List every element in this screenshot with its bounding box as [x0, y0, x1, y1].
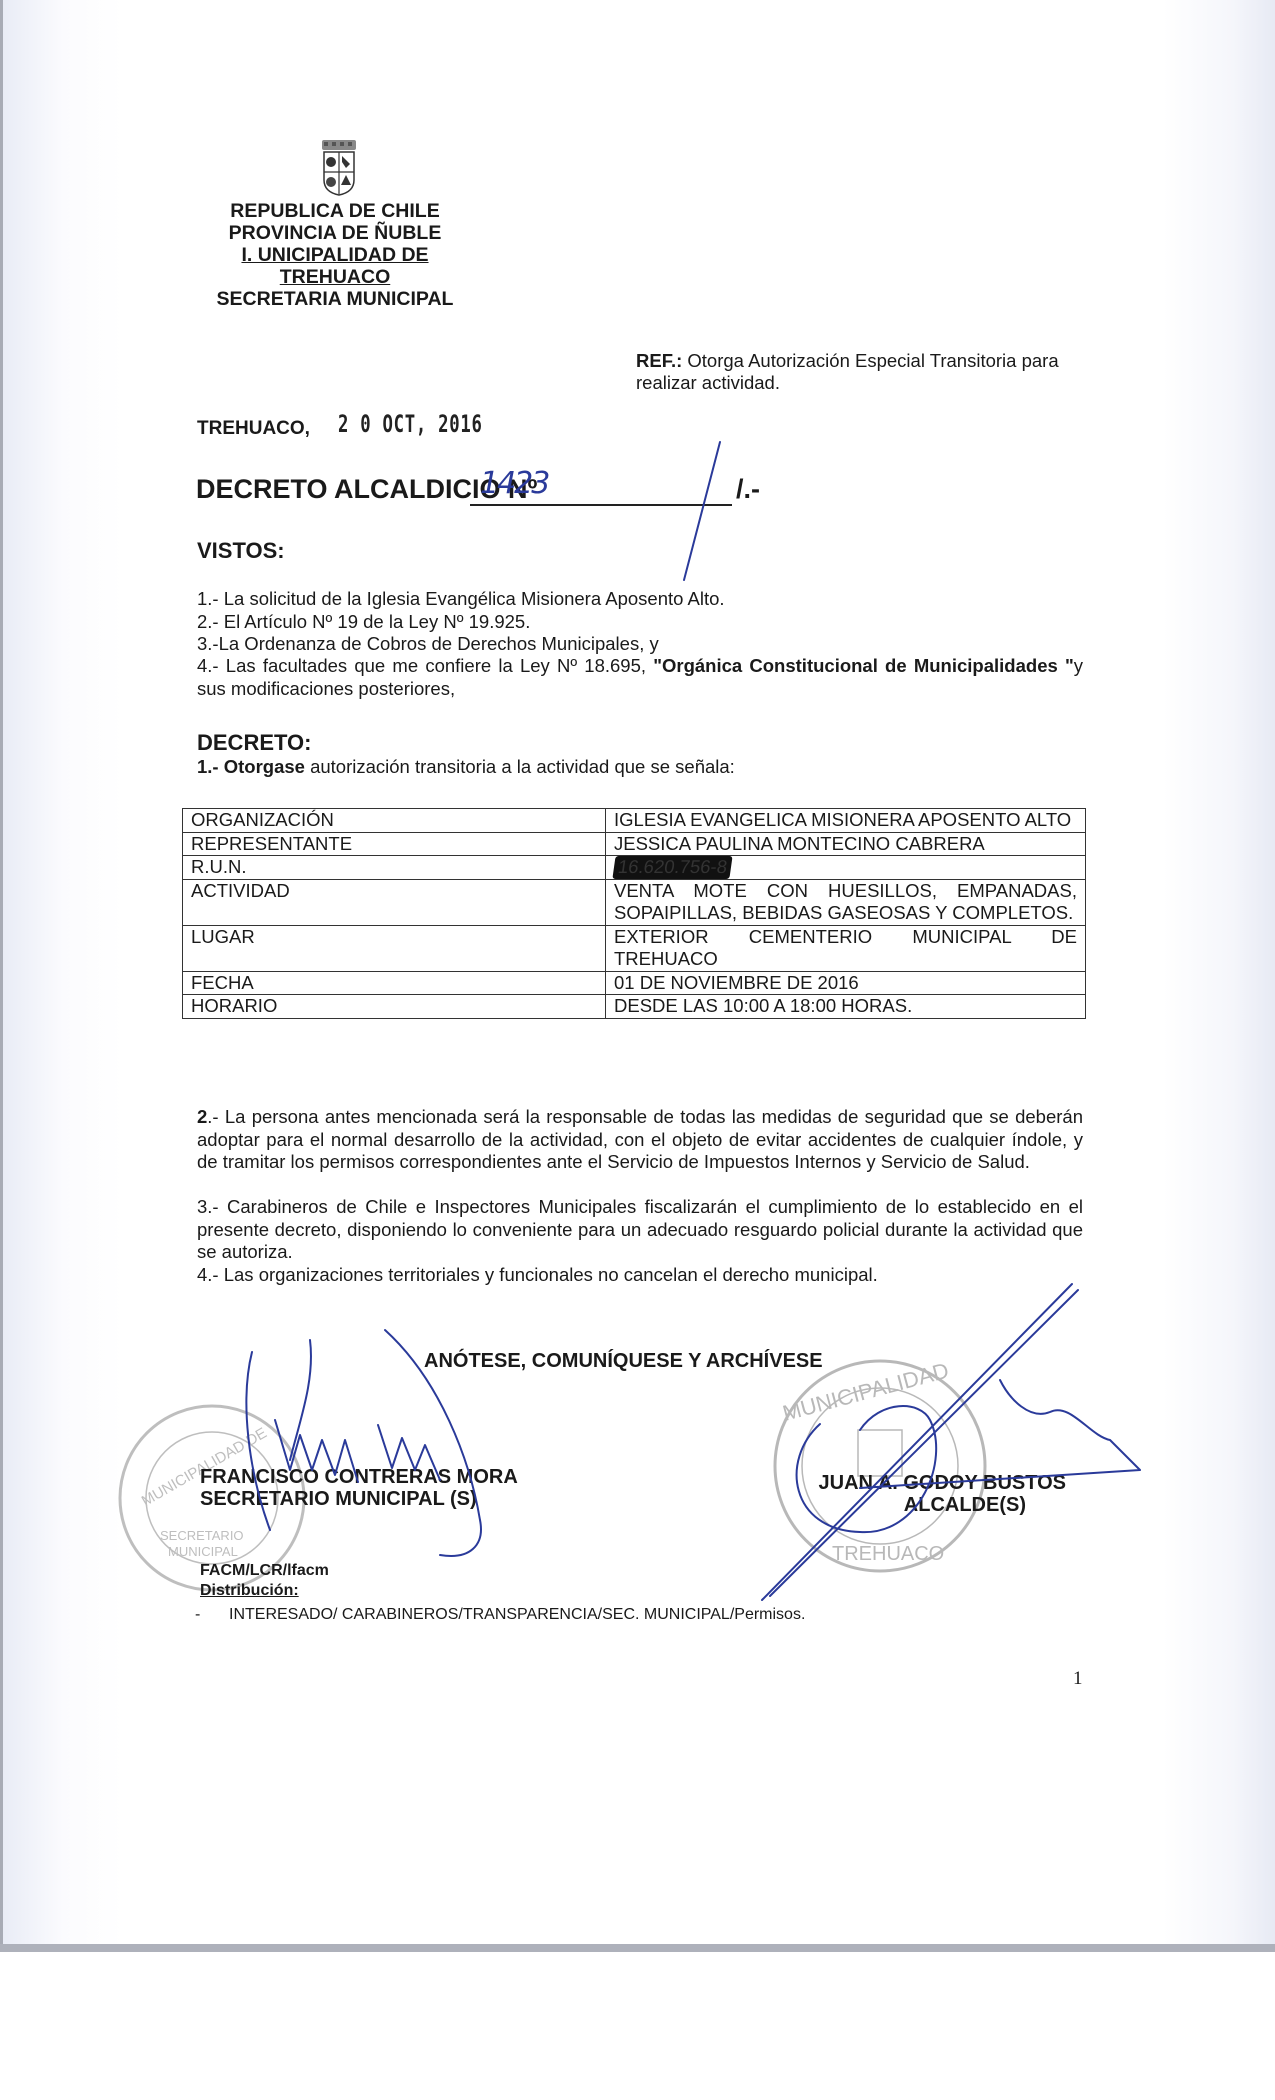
secretary-signature-block: FRANCISCO CONTRERAS MORA SECRETARIO MUNI…	[200, 1466, 518, 1510]
decreto-point-3: 3.- Carabineros de Chile e Inspectores M…	[197, 1196, 1083, 1264]
date-stamp: 2 0 OCT, 2016	[338, 410, 483, 438]
decreto-point-1: 1.- Otorgase autorización transitoria a …	[197, 756, 735, 779]
table-value: JESSICA PAULINA MONTECINO CABRERA	[606, 832, 1086, 856]
table-key: HORARIO	[183, 995, 606, 1019]
decreto-point-4: 4.- Las organizaciones territoriales y f…	[197, 1264, 1083, 1287]
table-value: IGLESIA EVANGELICA MISIONERA APOSENTO AL…	[606, 809, 1086, 833]
reference-block: REF.: Otorga Autorización Especial Trans…	[636, 350, 1086, 394]
mayor-signature-block: JUAN A. GODOY BUSTOS ALCALDE(S)	[800, 1472, 1066, 1516]
table-key: REPRESENTANTE	[183, 832, 606, 856]
table-value: EXTERIOR CEMENTERIO MUNICIPAL DE TREHUAC…	[606, 925, 1086, 971]
table-key: ACTIVIDAD	[183, 879, 606, 925]
letterhead: REPUBLICA DE CHILE PROVINCIA DE ÑUBLE I.…	[190, 200, 480, 310]
decree-number-underline	[470, 504, 732, 506]
redacted-run: 16.620.756-8	[612, 856, 732, 879]
distribution-item: -INTERESADO/ CARABINEROS/TRANSPARENCIA/S…	[195, 1606, 805, 1624]
table-key: ORGANIZACIÓN	[183, 809, 606, 833]
reference-label: REF.:	[636, 350, 682, 371]
decree-handwritten-number: 1423	[480, 466, 548, 501]
table-value: 16.620.756-8	[606, 856, 1086, 880]
secretary-name: FRANCISCO CONTRERAS MORA	[200, 1466, 518, 1488]
vistos-item-2: 2.- El Artículo Nº 19 de la Ley Nº 19.92…	[197, 611, 530, 634]
table-row: ACTIVIDAD VENTA MOTE CON HUESILLOS, EMPA…	[183, 879, 1086, 925]
letterhead-line-1: REPUBLICA DE CHILE	[190, 200, 480, 222]
mayor-name: JUAN A. GODOY BUSTOS	[800, 1472, 1066, 1494]
table-key: R.U.N.	[183, 856, 606, 880]
city-label: TREHUACO,	[197, 418, 310, 440]
page-bottom-edge	[0, 1944, 1275, 1952]
table-key: LUGAR	[183, 925, 606, 971]
table-value: DESDE LAS 10:00 A 18:00 HORAS.	[606, 995, 1086, 1019]
table-value: VENTA MOTE CON HUESILLOS, EMPANADAS, SOP…	[606, 879, 1086, 925]
decree-suffix: /.-	[736, 474, 760, 505]
letterhead-line-3: I. UNICIPALIDAD DE TREHUACO	[190, 244, 480, 288]
vistos-heading: VISTOS:	[197, 538, 285, 564]
letterhead-line-4: SECRETARIA MUNICIPAL	[190, 288, 480, 310]
table-row: REPRESENTANTE JESSICA PAULINA MONTECINO …	[183, 832, 1086, 856]
page-number: 1	[1073, 1668, 1083, 1690]
table-value: 01 DE NOVIEMBRE DE 2016	[606, 971, 1086, 995]
reference-code: FACM/LCR/lfacm	[200, 1562, 329, 1580]
table-row: LUGAR EXTERIOR CEMENTERIO MUNICIPAL DE T…	[183, 925, 1086, 971]
table-row: ORGANIZACIÓN IGLESIA EVANGELICA MISIONER…	[183, 809, 1086, 833]
vistos-item-1: 1.- La solicitud de la Iglesia Evangélic…	[197, 588, 725, 611]
mayor-title: ALCALDE(S)	[800, 1494, 1066, 1516]
letterhead-line-2: PROVINCIA DE ÑUBLE	[190, 222, 480, 244]
municipal-coat-of-arms-icon	[314, 140, 364, 196]
closing-formula: ANÓTESE, COMUNÍQUESE Y ARCHÍVESE	[424, 1350, 823, 1373]
decreto-point-2: 2.- La persona antes mencionada será la …	[197, 1106, 1083, 1174]
distribution-label: Distribución:	[200, 1582, 299, 1600]
table-row: HORARIO DESDE LAS 10:00 A 18:00 HORAS.	[183, 995, 1086, 1019]
activity-table: ORGANIZACIÓN IGLESIA EVANGELICA MISIONER…	[182, 808, 1086, 1019]
table-row: R.U.N. 16.620.756-8	[183, 856, 1086, 880]
secretary-title: SECRETARIO MUNICIPAL (S)	[200, 1488, 518, 1510]
table-row: FECHA 01 DE NOVIEMBRE DE 2016	[183, 971, 1086, 995]
vistos-item-4: 4.- Las facultades que me confiere la Le…	[197, 655, 1083, 700]
decreto-heading: DECRETO:	[197, 730, 312, 756]
table-key: FECHA	[183, 971, 606, 995]
reference-text: Otorga Autorización Especial Transitoria…	[636, 350, 1059, 393]
vistos-item-3: 3.-La Ordenanza de Cobros de Derechos Mu…	[197, 633, 659, 656]
